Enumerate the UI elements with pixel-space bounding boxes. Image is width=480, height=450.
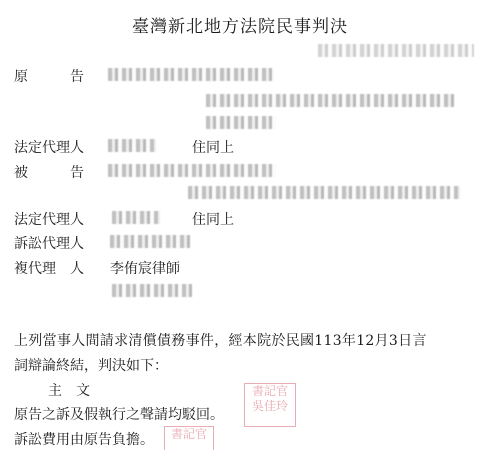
judgment-document: 臺灣新北地方法院民事判決 原 告 法定代理人 住同上 被 告 法定代理人 住同上…: [0, 0, 480, 450]
sub-agent-label: 複代理 人: [14, 258, 84, 278]
litigation-agent-name-redacted: [110, 235, 190, 248]
clerk-stamp-name: 吳佳玲: [245, 399, 295, 414]
defendant-address-redacted: [188, 186, 460, 199]
clerk-stamp: 書記官 吳佳玲: [244, 383, 296, 427]
defendant-legal-rep-address: 住同上: [192, 209, 234, 229]
defendant-legal-rep-name-redacted: [112, 211, 160, 224]
body-line-2: 詞辯論終結，判決如下：: [14, 355, 168, 375]
defendant-legal-rep-label: 法定代理人: [14, 209, 84, 229]
sub-agent-extra-redacted: [112, 284, 192, 297]
case-number-redacted: [318, 44, 474, 57]
plaintiff-legal-rep-address: 住同上: [192, 137, 234, 157]
plaintiff-name-redacted: [108, 68, 274, 81]
plaintiff-address-line2-redacted: [206, 116, 276, 129]
plaintiff-label: 原 告: [14, 66, 84, 86]
plaintiff-legal-rep-name-redacted: [108, 139, 156, 152]
plaintiff-legal-rep-label: 法定代理人: [14, 137, 84, 157]
ruling-2: 訴訟費用由原告負擔。: [14, 429, 154, 449]
plaintiff-address-redacted: [206, 94, 454, 107]
defendant-name-redacted: [108, 164, 276, 177]
litigation-agent-label: 訴訟代理人: [14, 233, 84, 253]
main-heading: 主 文: [48, 380, 90, 400]
clerk-stamp-partial: 書記官: [164, 426, 214, 450]
document-title: 臺灣新北地方法院民事判決: [0, 12, 480, 37]
clerk-stamp-title: 書記官: [245, 384, 295, 399]
ruling-1: 原告之訴及假執行之聲請均駁回。: [14, 404, 224, 424]
defendant-label: 被 告: [14, 162, 84, 182]
sub-agent-name: 李侑宸律師: [110, 258, 180, 278]
clerk-stamp-partial-title: 書記官: [165, 427, 213, 442]
body-line-1: 上列當事人間請求清償債務事件，經本院於民國113年12月3日言: [14, 330, 427, 350]
